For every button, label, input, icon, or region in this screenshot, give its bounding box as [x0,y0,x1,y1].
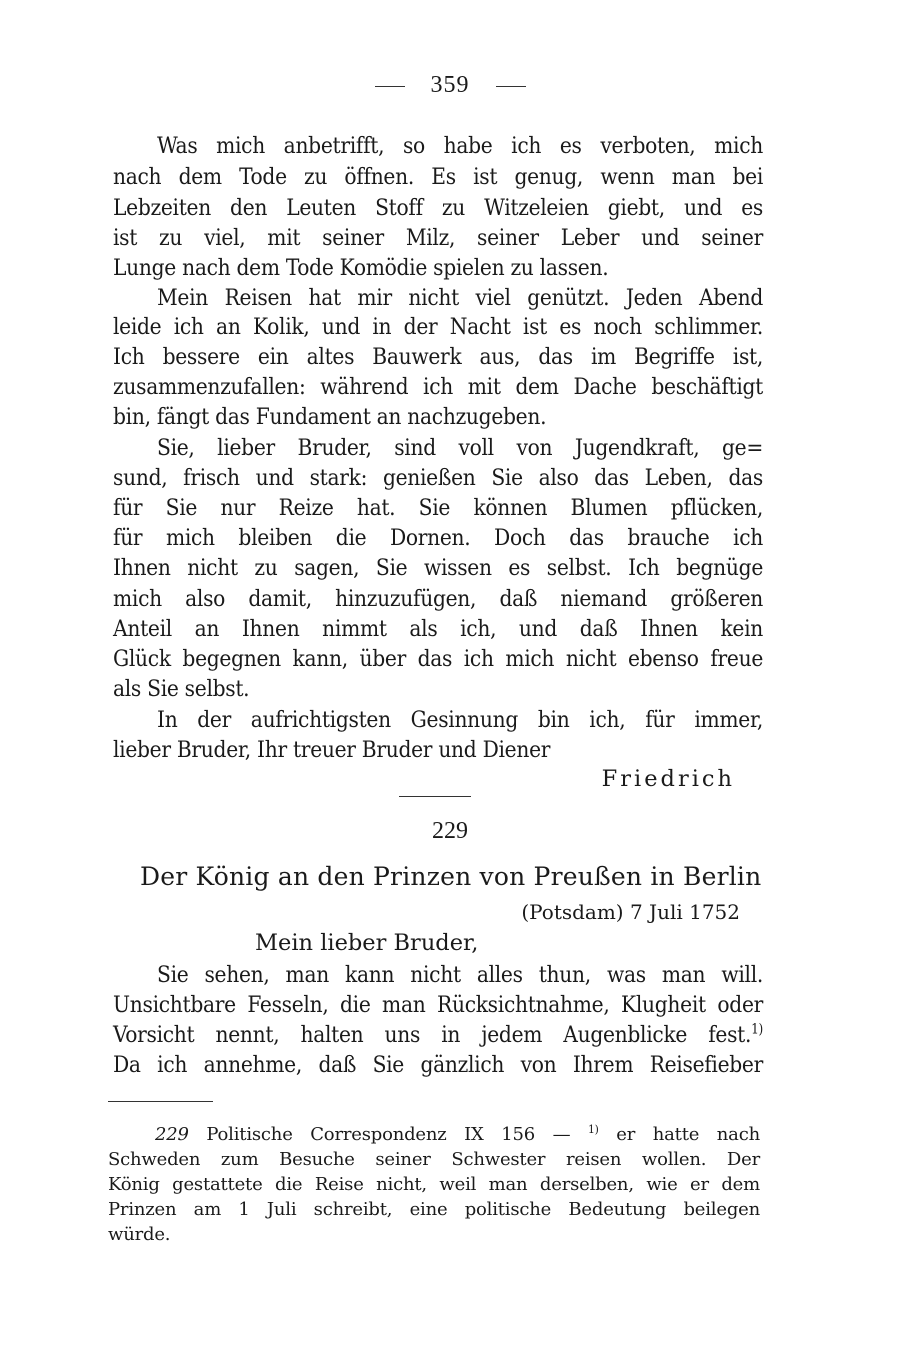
page-number: 359 [431,72,470,98]
body-line: Lebzeiten den Leuten Stoff zu Witzeleien… [113,193,763,223]
letter-title: Der König an den Prinzen von Preußen in … [140,860,730,894]
letter-salutation: Mein lieber Bruder, [255,928,478,958]
body-line: In der aufrichtigsten Gesinnung bin ich,… [157,705,763,735]
body-line: bin, fängt das Fundament an nachzugeben. [113,402,763,432]
letter-number: 229 [0,818,900,845]
body-line: Sie, lieber Bruder, sind voll von Jugend… [157,433,763,463]
body-line: leide ich an Kolik, und in der Nacht ist… [113,312,763,342]
letter-line: Unsichtbare Fesseln, die man Rücksichtna… [113,990,763,1020]
body-line: für mich bleiben die Dornen. Doch das br… [113,523,763,553]
header-dash-left [375,86,405,87]
body-line: Mein Reisen hat mir nicht viel genützt. … [157,283,763,313]
book-page: 359 Was mich anbetrifft, so habe ich es … [0,0,900,1358]
body-line: Ich bessere ein altes Bauwerk aus, das i… [113,342,763,372]
letter-date: (Potsdam) 7 Juli 1752 [500,898,740,926]
body-line: Was mich anbetrifft, so habe ich es verb… [157,131,763,161]
signature: Friedrich [560,764,735,794]
body-line: Anteil an Ihnen nimmt als ich, und daß I… [113,614,763,644]
letter-line: Sie sehen, man kann nicht alles thun, wa… [157,960,763,990]
body-line: als Sie selbst. [113,674,763,704]
body-line: Lunge nach dem Tode Komödie spielen zu l… [113,253,763,283]
letter-line-text: Vorsicht nennt, halten uns in jedem Auge… [113,1022,751,1048]
letter-line: Vorsicht nennt, halten uns in jedem Auge… [113,1020,763,1050]
body-line: Glück begegnen kann, über das ich mich n… [113,644,763,674]
footnote-marker[interactable]: 1) [751,1022,763,1038]
body-line: zusammenzufallen: während ich mit dem Da… [113,372,763,402]
footnote-line: König gestattete die Reise nicht, weil m… [108,1172,760,1197]
footnote-line: Schweden zum Besuche seiner Schwester re… [108,1147,760,1172]
body-line: mich also damit, hinzuzufügen, daß niema… [113,584,763,614]
letter-line: Da ich annehme, daß Sie gänzlich von Ihr… [113,1050,763,1080]
page-header: 359 [0,72,900,99]
header-dash-right [496,86,526,87]
body-line: nach dem Tode zu öffnen. Es ist genug, w… [113,162,763,192]
footnote-line: würde. [108,1222,760,1247]
footnote-line: Prinzen am 1 Juli schreibt, eine politis… [108,1197,760,1222]
footnote-ref: 229 [155,1124,189,1145]
body-line: sund, frisch und stark: genießen Sie als… [113,463,763,493]
body-line: lieber Bruder, Ihr treuer Bruder und Die… [113,735,763,765]
body-line: für Sie nur Reize hat. Sie können Blumen… [113,493,763,523]
footnote-source: Politische Correspondenz IX 156 — [206,1124,588,1145]
body-line: ist zu viel, mit seiner Milz, seiner Leb… [113,223,763,253]
footnote-line: 229 Politische Correspondenz IX 156 — 1)… [155,1122,760,1147]
body-line: Ihnen nicht zu sagen, Sie wissen es selb… [113,553,763,583]
footnote-divider [108,1101,213,1102]
footnote-marker: 1) [588,1123,599,1136]
section-divider [399,796,471,797]
footnote-text: er hatte nach [599,1124,760,1145]
